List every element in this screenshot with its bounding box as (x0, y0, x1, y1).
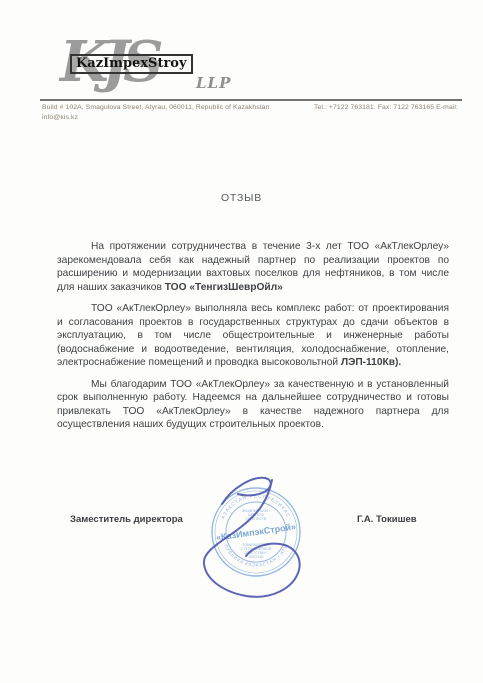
stamp-company-name: «КазИмпэкСтрой» (215, 521, 296, 542)
logo-company-name: KazImpexStroy (70, 54, 193, 74)
letterhead-contacts: Build # 102A, Smagulova Street, Atyrau, … (42, 103, 460, 122)
address-line: Build # 102A, Smagulova Street, Atyrau, … (42, 103, 270, 113)
paragraph-1: На протяжении сотрудничества в течение 3… (57, 240, 449, 294)
stamp-arc-bottom-text: РЕСПУБЛИКА КАЗАХСТАН • АТЫРАУ (172, 458, 289, 568)
stamp-arc-top-text: ҚАЗАҚСТАН РЕСПУБЛИКАСЫ (172, 458, 291, 520)
paragraph-3: Мы благодарим ТОО «АкТлекОрлеу» за качес… (57, 378, 449, 432)
logo-legal-suffix: LLP (196, 74, 231, 92)
signer-position: Заместитель директора (70, 514, 183, 525)
letterhead-divider (40, 99, 462, 101)
letter-body: На протяжении сотрудничества в течение 3… (57, 240, 449, 440)
page-title: ОТЗЫВ (0, 192, 483, 204)
phone-line: Tel.: +7122 763181. Fax: 7122 763165 E-m… (314, 103, 458, 113)
signer-name: Г.А. Токишев (357, 514, 417, 525)
paragraph-1-bold-client: ТОО «ТенгизШеврОйл» (165, 282, 283, 293)
scanned-letter-page: KJS KazImpexStroy LLP Build # 102A, Smag… (0, 0, 483, 683)
round-stamp-icon: ҚАЗАҚСТАН РЕСПУБЛИКАСЫ РЕСПУБЛИКА КАЗАХС… (172, 458, 340, 618)
stamp-top-lines: ЖАУАПКЕРШІЛІГІ ШЕКТЕУЛІ СЕРІКТЕСТІК (242, 509, 270, 521)
email-line: info@kis.kz (42, 113, 270, 123)
paragraph-2: ТОО «АкТлекОрлеу» выполняла весь комплек… (57, 302, 449, 370)
address-block: Build # 102A, Smagulova Street, Atyrau, … (42, 103, 270, 122)
phone-block: Tel.: +7122 763181. Fax: 7122 763165 E-m… (314, 103, 460, 122)
stamp-center-band: «КазИмпэкСтрой» (215, 521, 296, 542)
svg-text:НОСТЬЮ: НОСТЬЮ (249, 555, 264, 559)
paragraph-2-bold-line: ЛЭП-110Кв). (341, 357, 401, 368)
stamp-and-signature: ҚАЗАҚСТАН РЕСПУБЛИКАСЫ РЕСПУБЛИКА КАЗАХС… (172, 458, 340, 618)
company-logo: KJS KazImpexStroy LLP (58, 34, 278, 100)
